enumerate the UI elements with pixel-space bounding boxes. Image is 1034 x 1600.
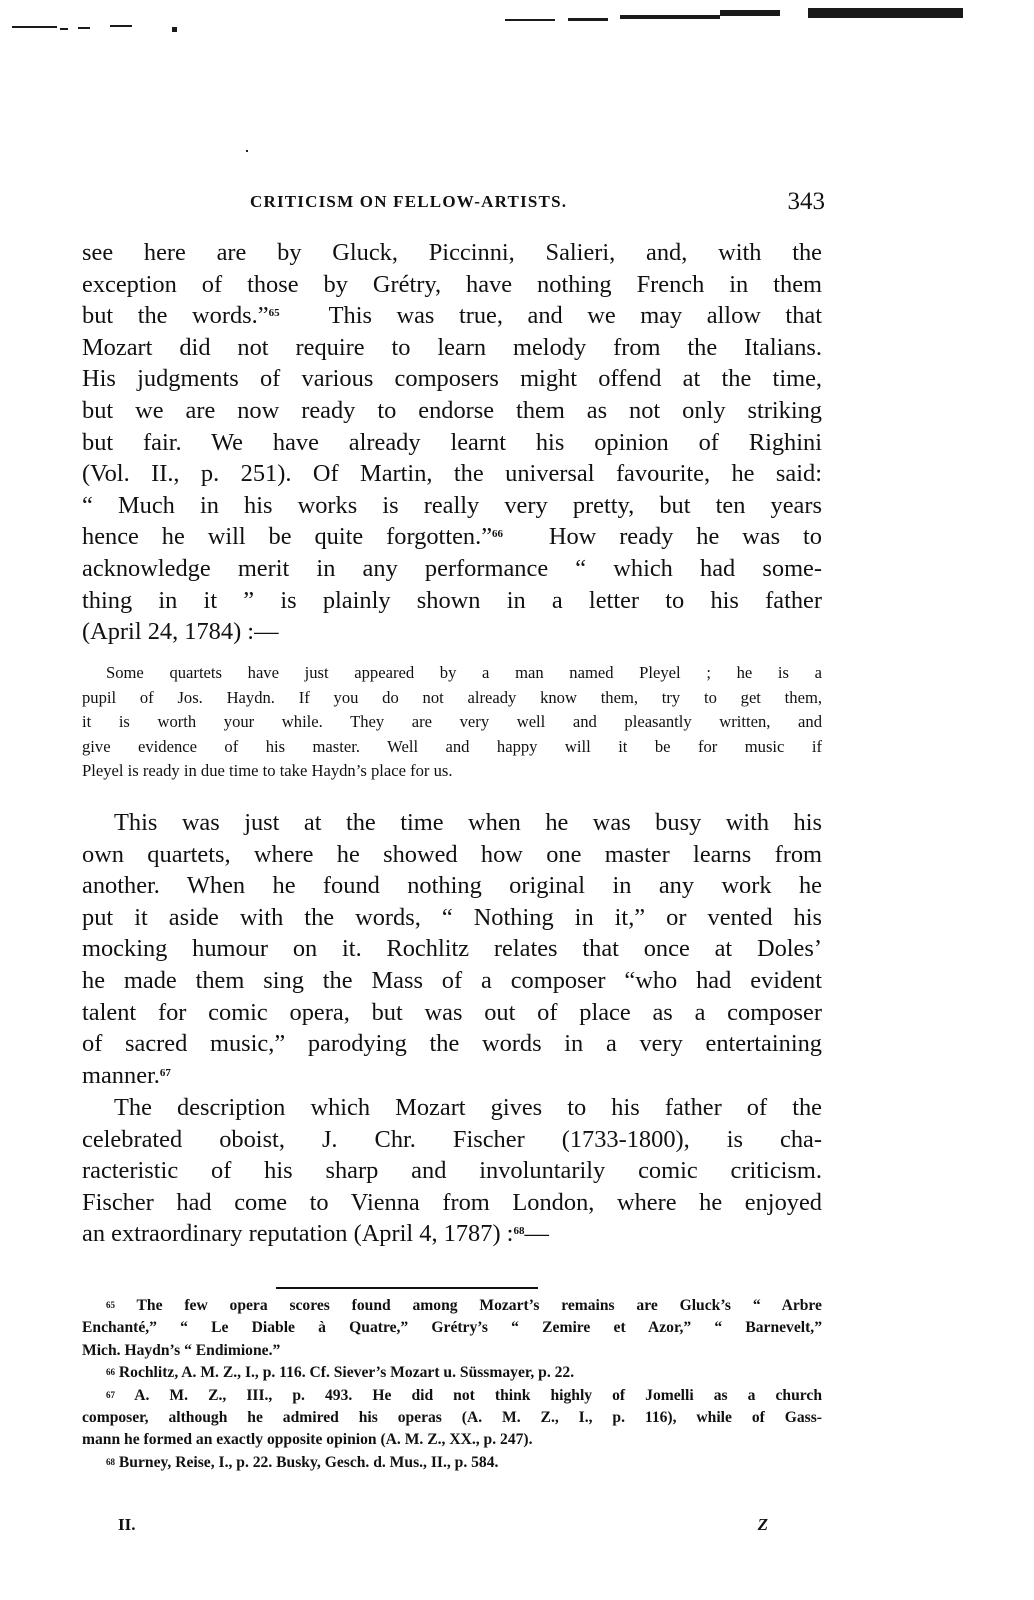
footnotes: 65 The few opera scores found among Moza…: [82, 1295, 822, 1474]
text-line: This was just at the time when he was bu…: [82, 807, 822, 839]
footnote-67: 67 A. M. Z., III., p. 493. He did not th…: [82, 1385, 822, 1452]
text-line: but fair. We have already learnt his opi…: [82, 427, 822, 459]
text-line: manner.67: [82, 1060, 822, 1092]
footnote-65: 65 The few opera scores found among Moza…: [82, 1295, 822, 1362]
text-line: mocking humour on it. Rochlitz relates t…: [82, 933, 822, 965]
text-line: celebrated oboist, J. Chr. Fischer (1733…: [82, 1124, 822, 1156]
text-line: put it aside with the words, “ Nothing i…: [82, 902, 822, 934]
text-line: (April 24, 1784) :—: [82, 616, 822, 648]
footnote-line: Enchanté,” “ Le Diable à Quatre,” Grétry…: [82, 1317, 822, 1339]
footnote-mark: 65: [106, 1300, 115, 1310]
text-line: Mozart did not require to learn melody f…: [82, 332, 822, 364]
running-head: CRITICISM ON FELLOW-ARTISTS. 343: [250, 188, 825, 220]
quote-line: pupil of Jos. Haydn. If you do not alrea…: [82, 686, 822, 711]
paragraph-2: This was just at the time when he was bu…: [82, 807, 822, 1091]
text-line: “ Much in his works is really very prett…: [82, 490, 822, 522]
text-line: he made them sing the Mass of a composer…: [82, 965, 822, 997]
quote-line: it is worth your while. They are very we…: [82, 710, 822, 735]
text-line: of sacred music,” parodying the words in…: [82, 1028, 822, 1060]
text-line: racteristic of his sharp and involuntari…: [82, 1155, 822, 1187]
footnote-mark: 67: [106, 1390, 115, 1400]
text-line: but we are now ready to endorse them as …: [82, 395, 822, 427]
text-line: but the words.”65 This was true, and we …: [82, 300, 822, 332]
text-line: hence he will be quite forgotten.”66 How…: [82, 521, 822, 553]
footnote-66: 66 Rochlitz, A. M. Z., I., p. 116. Cf. S…: [82, 1362, 822, 1384]
text-line: Fischer had come to Vienna from London, …: [82, 1187, 822, 1219]
text-line: exception of those by Grétry, have nothi…: [82, 269, 822, 301]
scan-artifacts: [0, 0, 1034, 30]
paragraph-1: see here are by Gluck, Piccinni, Salieri…: [82, 237, 822, 648]
text-line: The description which Mozart gives to hi…: [82, 1092, 822, 1124]
running-title: CRITICISM ON FELLOW-ARTISTS.: [250, 192, 567, 212]
quote-line: Some quartets have just appeared by a ma…: [82, 661, 822, 686]
text-line: an extraordinary reputation (April 4, 17…: [82, 1218, 822, 1250]
footnote-line: Mich. Haydn’s “ Endimione.”: [82, 1340, 822, 1362]
text-line: talent for comic opera, but was out of p…: [82, 997, 822, 1029]
text-line: own quartets, where he showed how one ma…: [82, 839, 822, 871]
footnote-ref-68[interactable]: 68: [513, 1225, 524, 1237]
footnote-68: 68 Burney, Reise, I., p. 22. Busky, Gesc…: [82, 1452, 822, 1474]
footnote-line: composer, although he admired his operas…: [82, 1407, 822, 1429]
text-line: (Vol. II., p. 251). Of Martin, the unive…: [82, 458, 822, 490]
quote-line: give evidence of his master. Well and ha…: [82, 735, 822, 760]
volume-mark: II.: [118, 1515, 135, 1535]
page-number: 343: [788, 188, 826, 216]
text-line: another. When he found nothing original …: [82, 870, 822, 902]
block-quotation: Some quartets have just appeared by a ma…: [82, 661, 822, 784]
text-line: acknowledge merit in any performance “ w…: [82, 553, 822, 585]
footnote-line: mann he formed an exactly opposite opini…: [82, 1429, 822, 1451]
footnote-mark: 66: [106, 1367, 115, 1377]
text-line: thing in it ” is plainly shown in a lett…: [82, 585, 822, 617]
footnote-ref-65[interactable]: 65: [269, 307, 280, 319]
footnote-mark: 68: [106, 1457, 115, 1467]
sheet-signature: Z: [758, 1515, 768, 1535]
text-line: His judgments of various composers might…: [82, 363, 822, 395]
footnote-separator: [276, 1287, 538, 1289]
footnote-ref-66[interactable]: 66: [492, 528, 503, 540]
scan-speck: [246, 150, 248, 152]
text-line: see here are by Gluck, Piccinni, Salieri…: [82, 237, 822, 269]
footnote-ref-67[interactable]: 67: [160, 1067, 171, 1079]
paragraph-3: The description which Mozart gives to hi…: [82, 1092, 822, 1250]
quote-line: Pleyel is ready in due time to take Hayd…: [82, 759, 822, 784]
